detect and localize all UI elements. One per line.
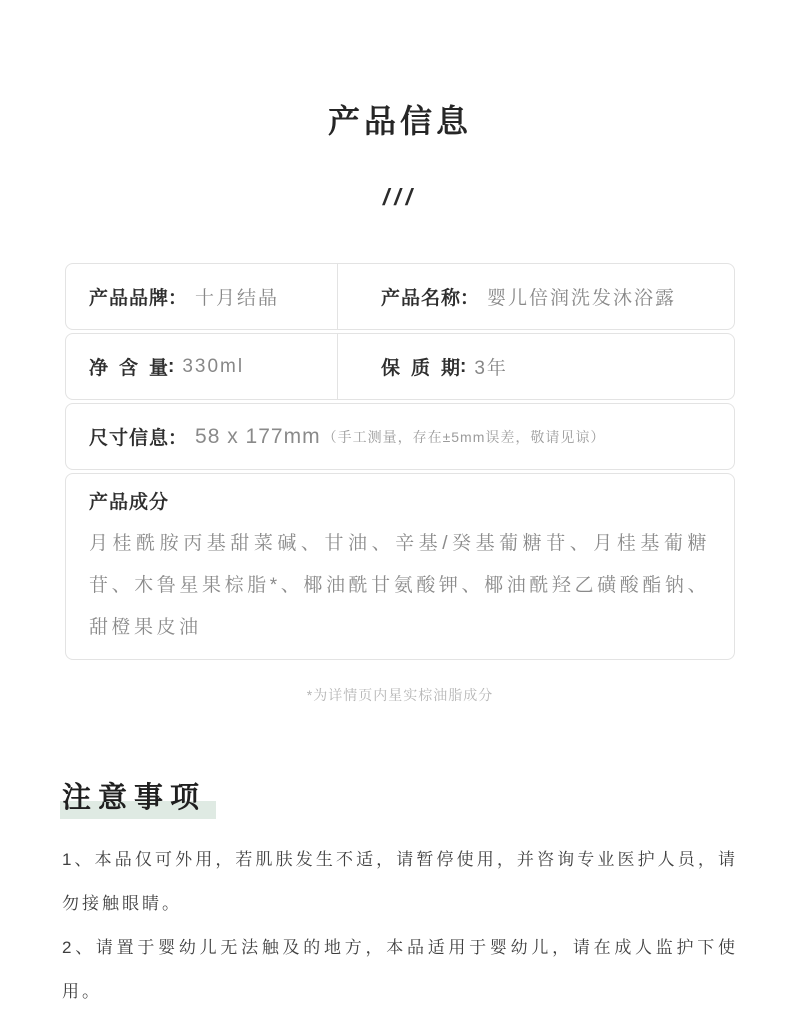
- ingredients-label: 产品成分: [89, 489, 710, 517]
- cell-net-content: 净含量: 330ml: [66, 334, 338, 399]
- product-info-table: 产品品牌： 十月结晶 产品名称： 婴儿倍润洗发沐浴露 净含量: 330ml 保质…: [65, 263, 735, 660]
- ingredients-text: 月桂酰胺丙基甜菜碱、甘油、辛基/癸基葡糖苷、月桂基葡糖苷、木鲁星果棕脂*、椰油酰…: [89, 523, 710, 649]
- shelf-life-value: 3年: [474, 353, 508, 380]
- table-row-ingredients: 产品成分 月桂酰胺丙基甜菜碱、甘油、辛基/癸基葡糖苷、月桂基葡糖苷、木鲁星果棕脂…: [65, 473, 735, 660]
- notice-item-1: 1、本品仅可外用，若肌肤发生不适，请暂停使用，并咨询专业医护人员，请勿接触眼睛。: [62, 838, 738, 926]
- net-content-value: 330ml: [182, 356, 244, 378]
- shelf-life-label: 保质期: [381, 353, 460, 380]
- ingredients-footnote: *为详情页内星实棕油脂成分: [0, 685, 800, 705]
- size-measure-note: （手工测量，存在±5mm误差，敬请见谅）: [323, 427, 606, 447]
- notice-heading: 注意事项: [62, 775, 738, 816]
- page-title: 产品信息: [0, 0, 800, 142]
- brand-colon: ：: [168, 283, 187, 310]
- shelf-life-colon: :: [460, 356, 466, 378]
- notice-item-2: 2、请置于婴幼儿无法触及的地方，本品适用于婴幼儿，请在成人监护下使用。: [62, 926, 738, 1014]
- product-name-label: 产品名称: [381, 283, 460, 310]
- net-content-label: 净含量: [89, 353, 168, 380]
- cell-product-brand: 产品品牌： 十月结晶: [66, 264, 338, 329]
- notice-heading-text: 注意事项: [60, 782, 216, 819]
- product-info-page: 产品信息 /// 产品品牌： 十月结晶 产品名称： 婴儿倍润洗发沐浴露 净含量:…: [0, 0, 800, 1015]
- size-colon: ：: [168, 423, 187, 450]
- notice-body: 1、本品仅可外用，若肌肤发生不适，请暂停使用，并咨询专业医护人员，请勿接触眼睛。…: [62, 838, 738, 1014]
- size-label: 尺寸信息: [89, 423, 168, 450]
- table-row-brand-name: 产品品牌： 十月结晶 产品名称： 婴儿倍润洗发沐浴露: [65, 263, 735, 330]
- table-row-size: 尺寸信息： 58 x 177mm （手工测量，存在±5mm误差，敬请见谅）: [65, 403, 735, 470]
- net-content-colon: :: [168, 356, 174, 378]
- product-name-colon: ：: [460, 283, 479, 310]
- decor-slashes-icon: ///: [0, 184, 800, 211]
- product-name-value: 婴儿倍润洗发沐浴露: [487, 283, 676, 310]
- brand-label: 产品品牌: [89, 283, 168, 310]
- size-value: 58 x 177mm: [195, 425, 321, 449]
- notice-section: 注意事项 1、本品仅可外用，若肌肤发生不适，请暂停使用，并咨询专业医护人员，请勿…: [62, 775, 738, 1014]
- brand-value: 十月结晶: [195, 283, 279, 310]
- cell-product-name: 产品名称： 婴儿倍润洗发沐浴露: [338, 264, 734, 329]
- table-row-volume-shelflife: 净含量: 330ml 保质期: 3年: [65, 333, 735, 400]
- cell-shelf-life: 保质期: 3年: [338, 334, 734, 399]
